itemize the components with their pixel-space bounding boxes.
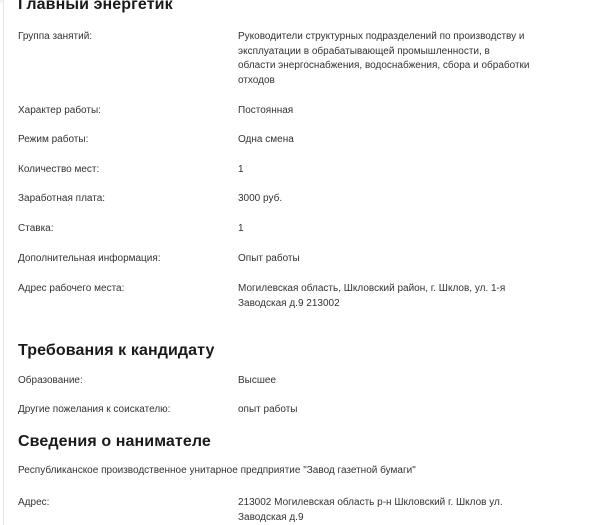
field-value: Постоянная xyxy=(238,104,558,119)
field-value: Могилевская область, Шкловский район, г.… xyxy=(238,282,528,311)
field-value: Опыт работы xyxy=(238,252,558,267)
requirements-title: Требования к кандидату xyxy=(18,342,215,360)
field-label: Адрес: xyxy=(18,496,49,511)
field-label: Заработная плата: xyxy=(18,192,105,207)
employer-title: Сведения о нанимателе xyxy=(18,433,211,451)
field-label: Другие пожелания к соискателю: xyxy=(18,403,170,418)
field-label: Дополнительная информация: xyxy=(18,252,161,267)
field-value: Высшее xyxy=(238,374,558,389)
field-value: 1 xyxy=(238,163,558,178)
field-label: Адрес рабочего места: xyxy=(18,282,124,297)
field-label: Ставка: xyxy=(18,222,54,237)
field-value: опыт работы xyxy=(238,403,558,418)
field-value: 1 xyxy=(238,222,558,237)
vacancy-card: Главный энергетик Группа занятий: Руково… xyxy=(3,0,590,525)
field-label: Количество мест: xyxy=(18,163,99,178)
field-value: Руководители структурных подразделений п… xyxy=(238,30,558,88)
field-label: Образование: xyxy=(18,374,83,389)
field-value: 3000 руб. xyxy=(238,192,558,207)
vacancy-title: Главный энергетик xyxy=(18,0,173,14)
field-label: Режим работы: xyxy=(18,133,88,148)
field-label: Группа занятий: xyxy=(18,30,92,45)
field-value: 213002 Могилевская область р-н Шкловский… xyxy=(238,496,528,525)
employer-name: Республиканское производственное унитарн… xyxy=(18,464,416,479)
field-value: Одна смена xyxy=(238,133,558,148)
field-label: Характер работы: xyxy=(18,104,101,119)
